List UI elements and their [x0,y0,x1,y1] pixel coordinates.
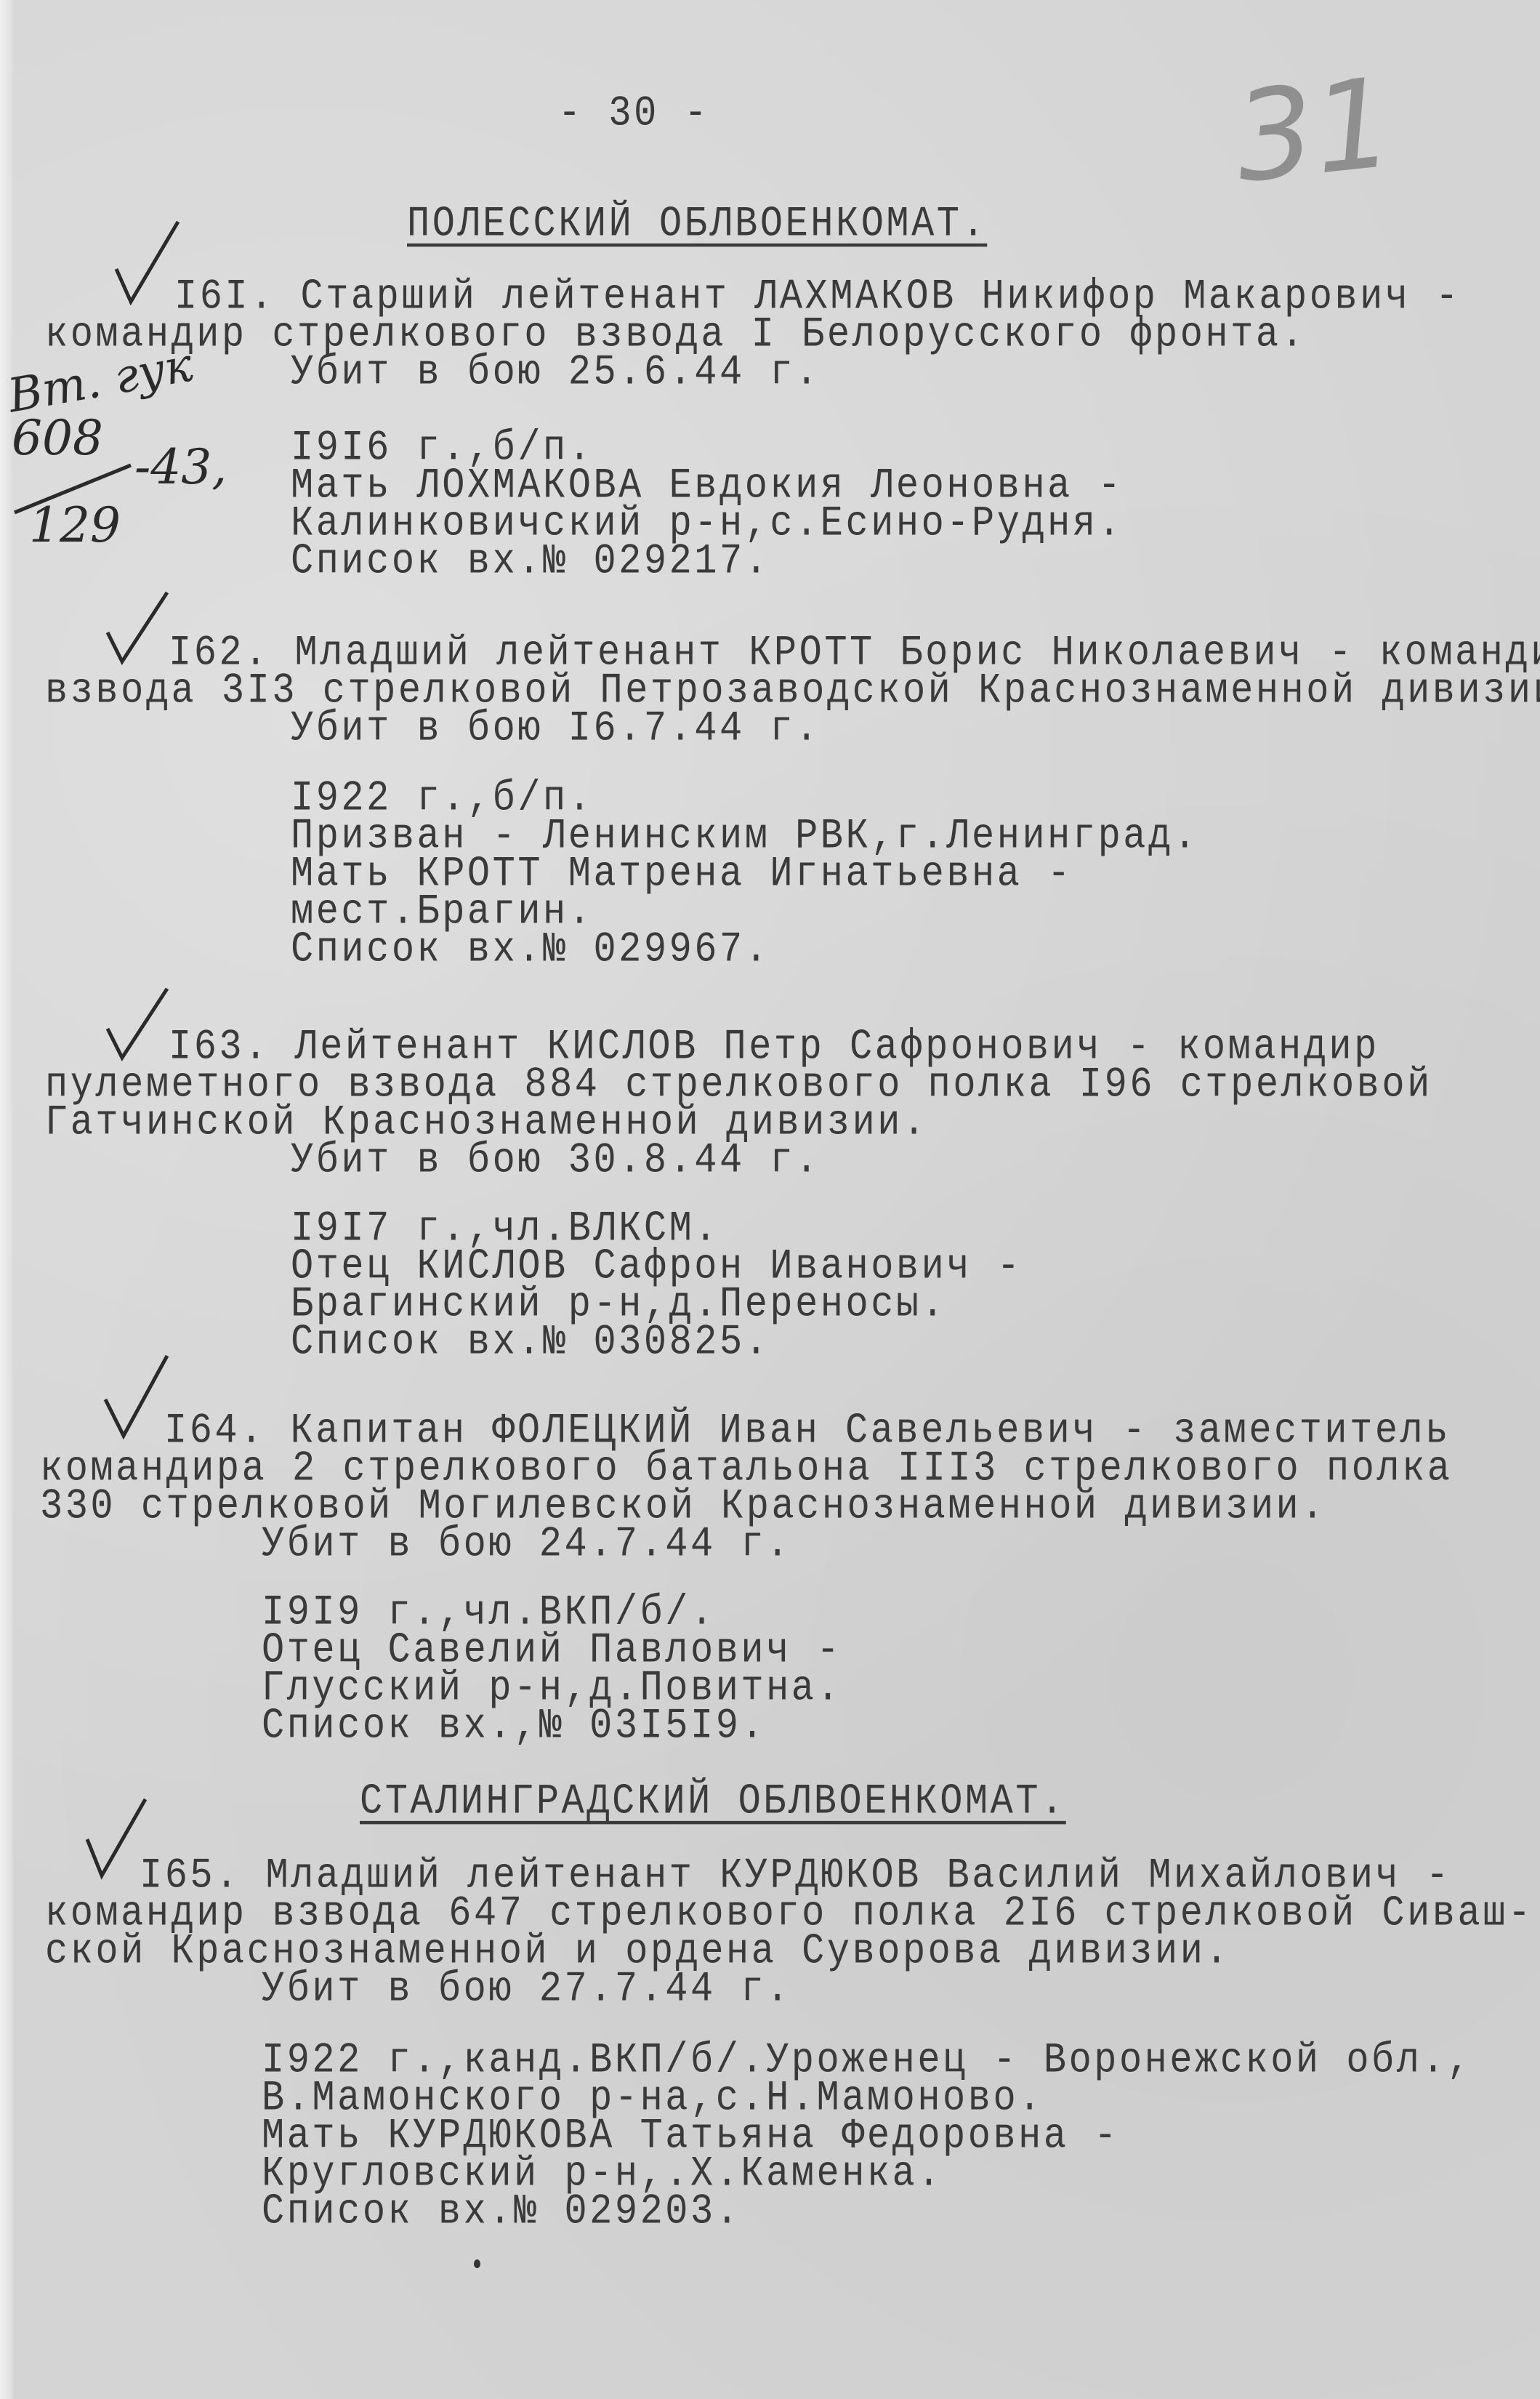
entry-line: Убит в бою 25.6.44 г. [291,352,821,394]
typed-page-number: - 30 - [558,93,709,135]
section-heading-polesie: ПОЛЕССКИЙ ОБЛВОЕНКОМАТ. [407,204,987,246]
handwritten-folio-number: 31 [1230,61,1399,201]
entry-line: Убит в бою I6.7.44 г. [291,708,821,750]
entry-line: Убит в бою 27.7.44 г. [262,1969,791,2011]
entry-detail: Список вх.№ 029217. [291,541,770,583]
entry-detail: Список вх.,№ 03I5I9. [262,1705,766,1748]
margin-note-numerator: 608 [12,414,103,462]
margin-note-suffix: -43, [134,443,227,491]
scan-edge [0,0,13,2399]
entry-detail: Список вх.№ 030825. [291,1322,770,1364]
section-heading-stalingrad: СТАЛИНГРАДСКИЙ ОБЛВОЕНКОМАТ. [360,1781,1066,1823]
entry-line: Убит в бою 30.8.44 г. [291,1140,821,1182]
entry-detail: Список вх.№ 029203. [262,2191,741,2233]
entry-detail: Список вх.№ 029967. [291,929,770,971]
ink-dot [474,2259,480,2268]
archival-document-page: - 30 - 31 ПОЛЕССКИЙ ОБЛВОЕНКОМАТ. I6I. С… [0,0,1540,2399]
margin-note-denominator: 129 [29,502,121,550]
margin-note-text: Вт. гук [4,342,195,419]
entry-line: Убит в бою 24.7.44 г. [262,1524,791,1566]
